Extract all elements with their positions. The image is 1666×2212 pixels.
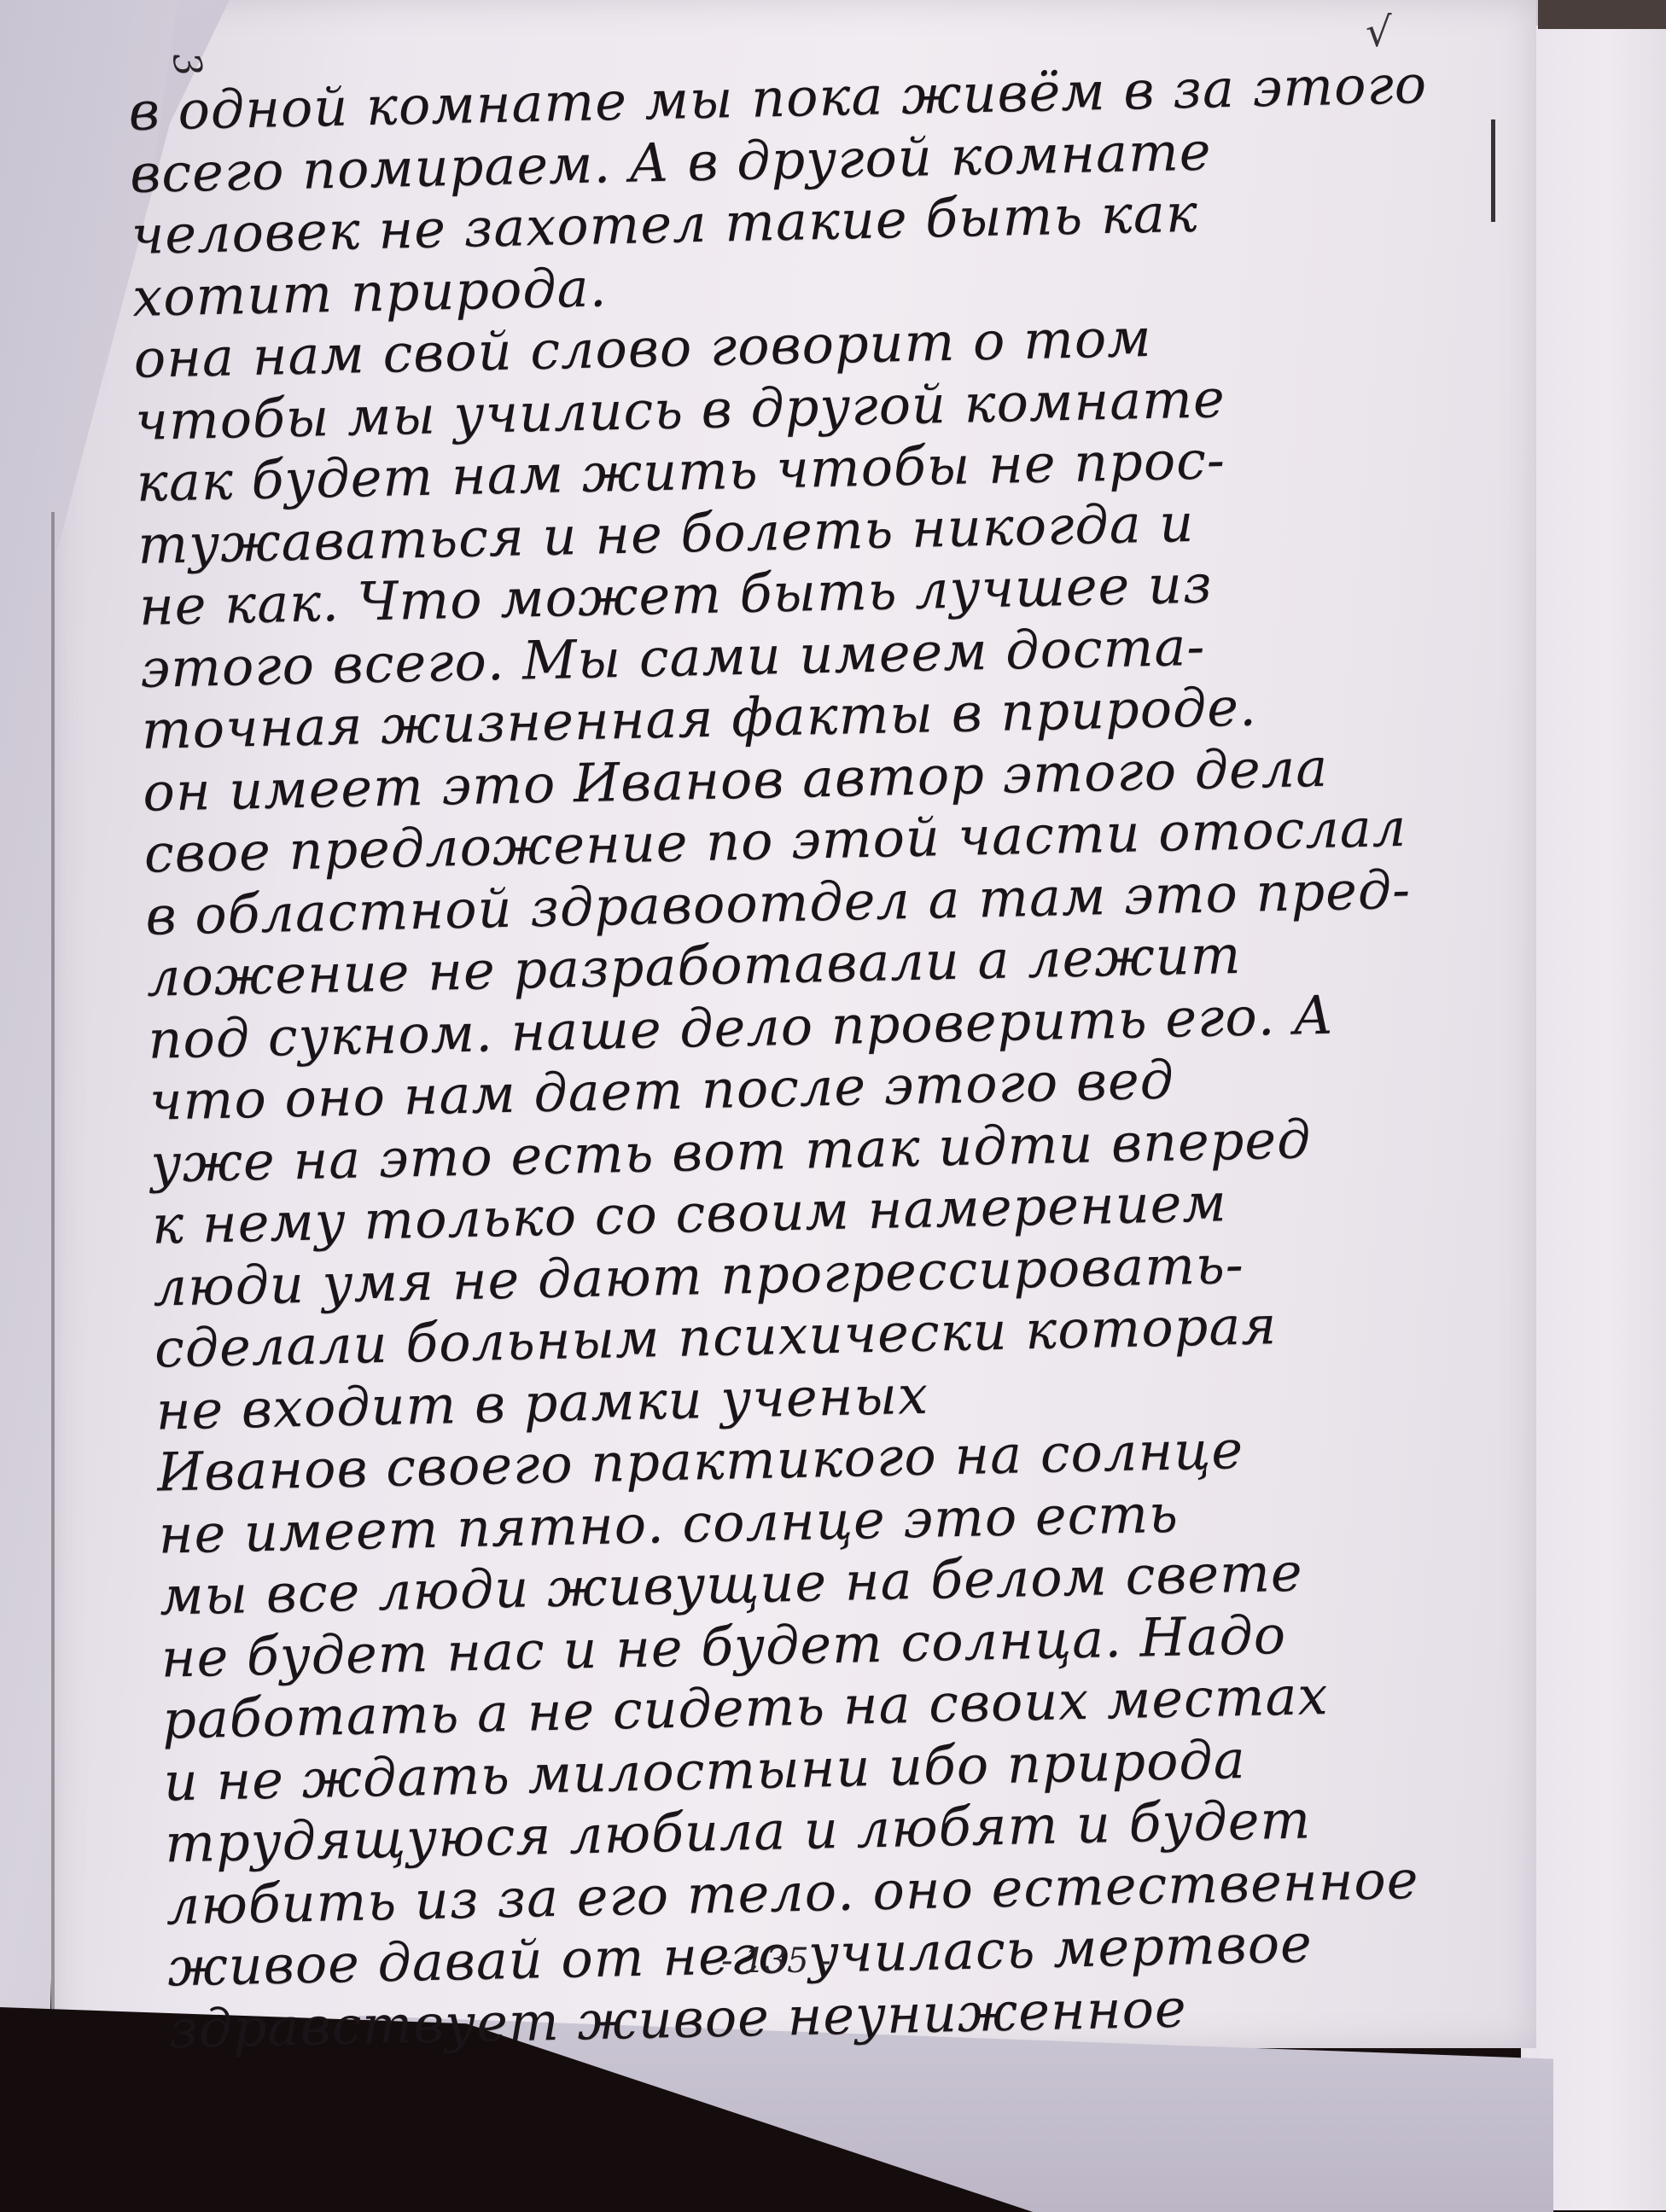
page-edge-line: [51, 512, 55, 2048]
handwritten-text-block: в одной комнате мы пока живём в за этого…: [128, 55, 1449, 2061]
margin-bar-mark: [1491, 119, 1495, 222]
paper-stack-right: [1521, 26, 1666, 2210]
check-mark-icon: √: [1366, 9, 1392, 56]
dark-corner-top-right: [1538, 0, 1666, 29]
page-number: - 135 -: [721, 1941, 831, 1981]
